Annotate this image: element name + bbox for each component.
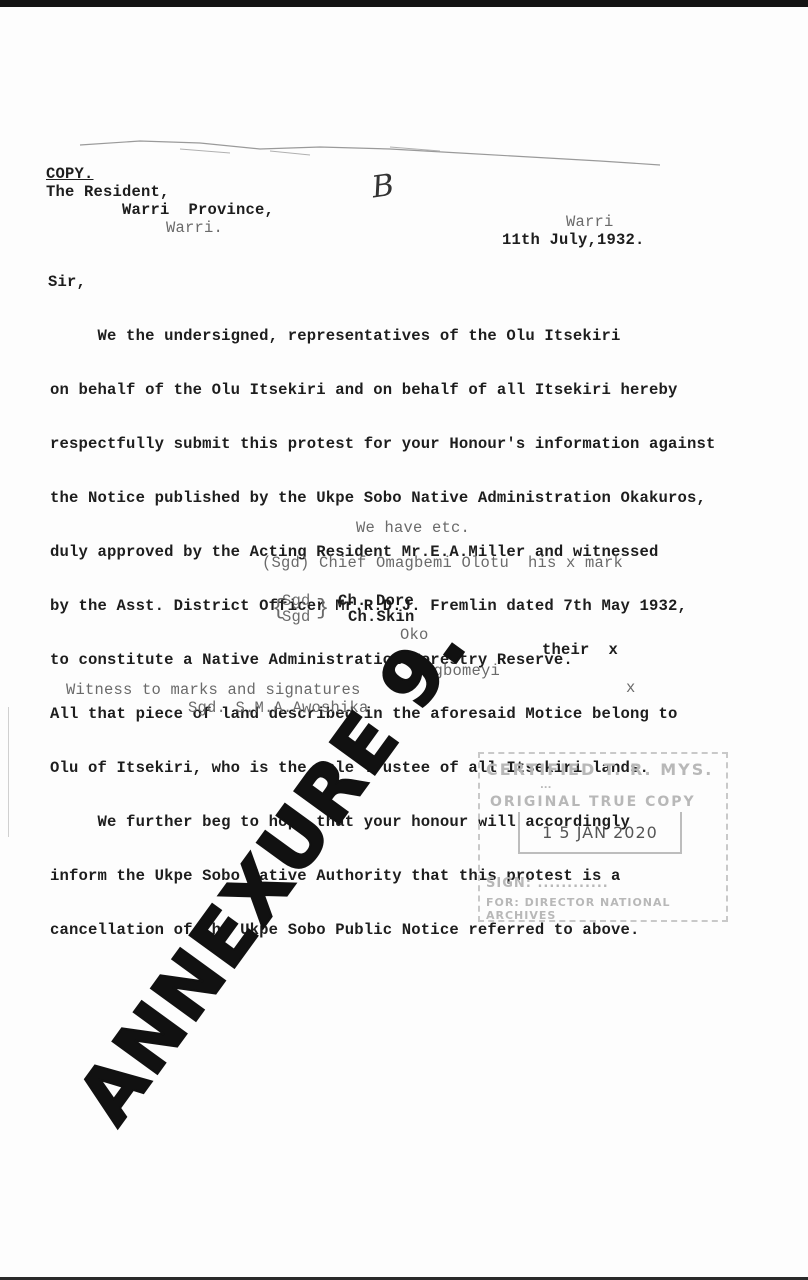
stamp-line-2: ... <box>540 780 551 791</box>
body-line: We the undersigned, representatives of t… <box>50 327 716 345</box>
stamp-line-1: CERTIFIED T. R. MYS. <box>486 760 713 779</box>
closing: We have etc. <box>356 519 470 537</box>
brace-right: } <box>316 591 329 627</box>
addressee-line-3: Warri. <box>166 219 223 237</box>
body-line: cancellation of the Ukpe Sobo Public Not… <box>50 921 716 939</box>
chief-signature: (Sgd) Chief Omagbemi Olotu his x mark <box>262 554 623 572</box>
handwritten-initial: B <box>370 168 397 206</box>
mark-x: x <box>626 679 636 697</box>
stamp-footer: FOR: DIRECTOR NATIONAL ARCHIVES <box>486 896 726 922</box>
top-scribble-mark <box>60 135 660 175</box>
document-page: COPY. B The Resident, Warri Province, Wa… <box>0 7 808 1277</box>
sgd-2: Sgd <box>282 608 311 626</box>
body-line: the Notice published by the Ukpe Sobo Na… <box>50 489 716 507</box>
their-mark: their x <box>542 641 618 659</box>
stamp-line-3: ORIGINAL TRUE COPY <box>490 794 696 810</box>
stamp-date: 1 5 JAN 2020 <box>518 812 682 854</box>
letter-place: Warri <box>566 213 614 231</box>
top-status-bar <box>0 0 808 7</box>
body-line: respectfully submit this protest for you… <box>50 435 716 453</box>
body-line: on behalf of the Olu Itsekiri and on beh… <box>50 381 716 399</box>
salutation: Sir, <box>48 273 86 291</box>
addressee-line-1: The Resident, <box>46 183 170 201</box>
margin-line <box>8 707 9 837</box>
witness-line: Witness to marks and signatures <box>66 681 361 699</box>
letter-date: 11th July,1932. <box>502 231 645 249</box>
archive-stamp: CERTIFIED T. R. MYS. ... ORIGINAL TRUE C… <box>478 752 728 922</box>
stamp-sign: SIGN: ............ <box>486 876 609 891</box>
addressee-line-2: Warri Province, <box>122 201 274 219</box>
copy-label: COPY. <box>46 165 94 183</box>
